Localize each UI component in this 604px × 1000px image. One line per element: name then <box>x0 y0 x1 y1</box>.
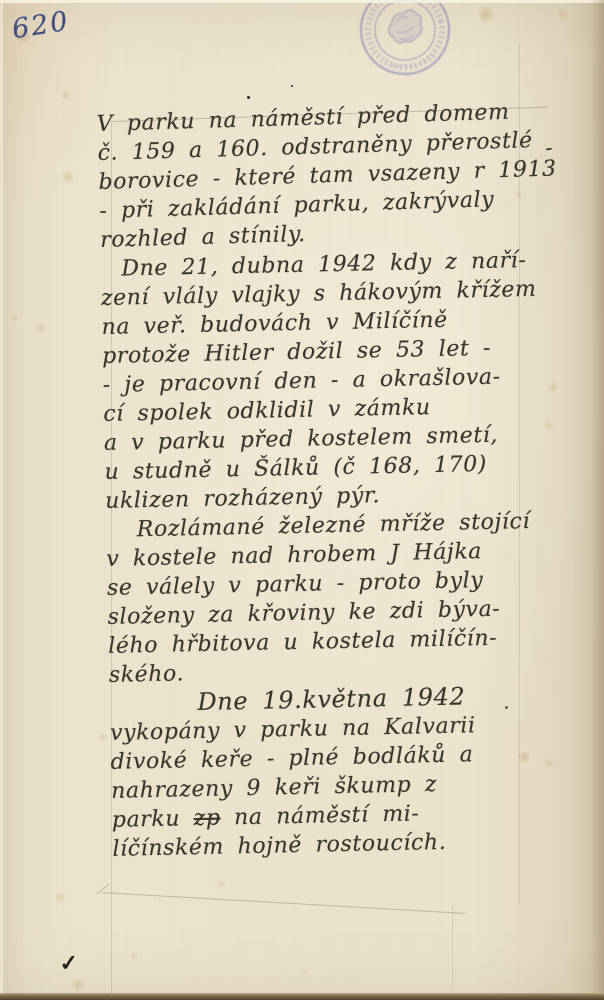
foxing-spot <box>10 314 20 323</box>
foxing-spot <box>300 968 309 976</box>
foxing-spot <box>128 952 139 961</box>
manuscript-page: 620 V parku na náměstí před domem č. 159… <box>0 0 604 1000</box>
handwritten-text-block: V parku na náměstí před domem č. 159 a 1… <box>97 100 583 864</box>
round-stamp-icon <box>331 0 479 104</box>
text-fragment: parku <box>112 806 194 833</box>
struck-word: zp <box>193 806 220 832</box>
page-number: 620 <box>10 6 72 46</box>
paragraph: Dne 21, dubna 1942 kdy z naří- zení vlál… <box>100 245 575 516</box>
foxing-spot <box>54 892 67 903</box>
foxing-spot <box>476 6 496 23</box>
foxing-spot <box>556 8 570 20</box>
ink-speck <box>291 85 293 87</box>
pencil-guide-line-bottom <box>102 892 465 914</box>
paragraph: V parku na náměstí před domem č. 159 a 1… <box>96 96 570 255</box>
foxing-spot <box>60 90 72 100</box>
text-fragment: na náměstí mi- <box>220 801 419 830</box>
foxing-spot <box>216 880 227 889</box>
pencil-tick <box>96 884 110 895</box>
paragraph: Dne 19.května 1942 vykopány v parku na K… <box>109 680 583 864</box>
pencil-guide-line-bottom-right <box>452 906 453 990</box>
page-edge-shadow-right <box>590 0 604 1000</box>
foxing-spot <box>60 170 76 184</box>
ink-speck <box>247 96 250 99</box>
foxing-spot <box>96 732 109 743</box>
page-edge-bottom <box>0 993 604 1000</box>
page-edge-top <box>0 0 604 3</box>
page-edge-left <box>0 0 3 1000</box>
foxing-spot <box>34 322 48 334</box>
checkmark-mark: ✓ <box>58 949 80 976</box>
paragraph: Rozlámané železné mříže stojící v kostel… <box>106 506 580 690</box>
foxing-spot <box>70 978 86 992</box>
